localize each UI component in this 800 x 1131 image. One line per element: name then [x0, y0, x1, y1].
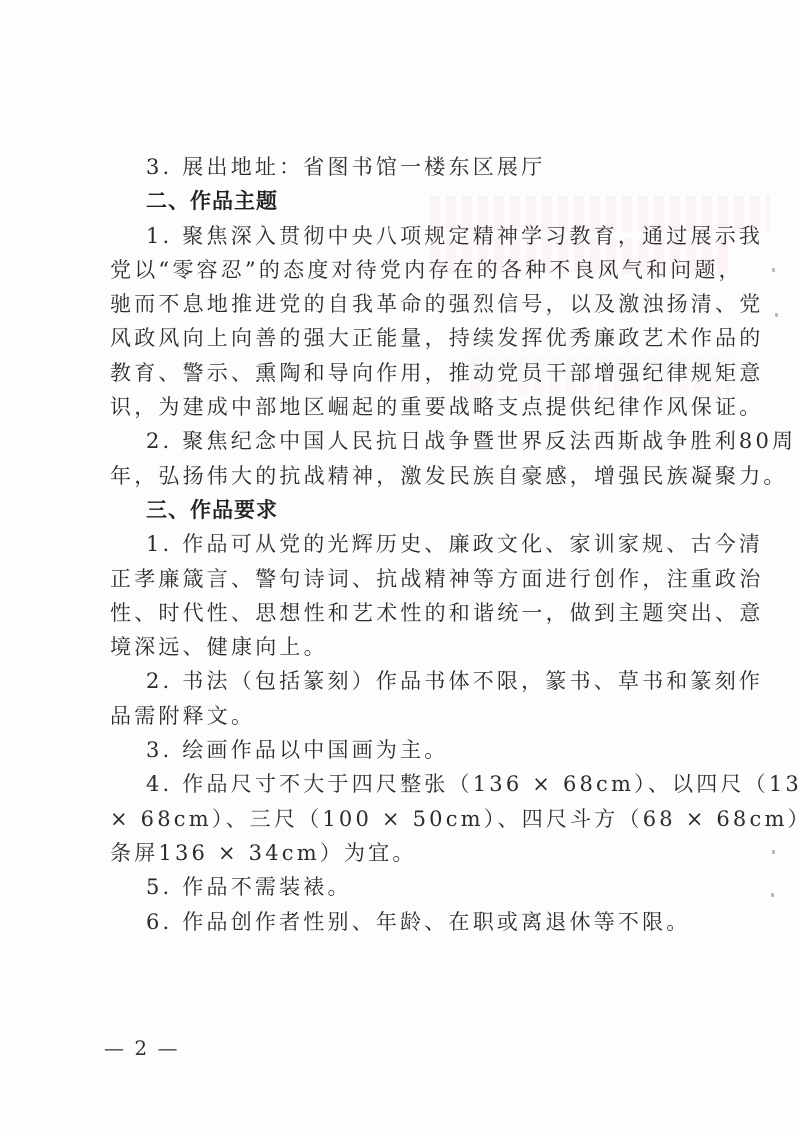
requirement-item-1-line: 性、时代性、思想性和艺术性的和谐统一，做到主题突出、意 — [110, 596, 700, 630]
theme-item-1-line: 驰而不息地推进党的自我革命的强烈信号，以及激浊扬清、党 — [110, 287, 700, 321]
section-heading-requirements: 三、作品要求 — [110, 493, 700, 527]
scan-speck — [772, 850, 775, 854]
requirement-item-2-line: 品需附释文。 — [110, 699, 700, 733]
section-heading-theme: 二、作品主题 — [110, 184, 700, 218]
theme-item-2-line: 2. 聚焦纪念中国人民抗日战争暨世界反法西斯战争胜利80周 — [110, 424, 700, 458]
scan-speck — [771, 893, 774, 897]
document-page: 3. 展出地址：省图书馆一楼东区展厅 二、作品主题 1. 聚焦深入贯彻中央八项规… — [0, 0, 800, 1131]
requirement-item-1-line: 1. 作品可从党的光辉历史、廉政文化、家训家规、古今清 — [110, 527, 700, 561]
requirement-item-1-line: 境深远、健康向上。 — [110, 630, 700, 664]
theme-item-1-line: 1. 聚焦深入贯彻中央八项规定精神学习教育，通过展示我 — [110, 219, 700, 253]
requirement-item-3-line: 3. 绘画作品以中国画为主。 — [110, 733, 700, 767]
theme-item-1-line: 党以“零容忍”的态度对待党内存在的各种不良风气和问题， — [110, 253, 700, 287]
scan-speck — [772, 268, 775, 272]
scan-speck — [775, 313, 778, 317]
page-number: — 2 — — [104, 1036, 179, 1060]
theme-item-1-line: 教育、警示、熏陶和导向作用，推动党员干部增强纪律规矩意 — [110, 356, 700, 390]
requirement-item-6-line: 6. 作品创作者性别、年龄、在职或离退休等不限。 — [110, 905, 700, 939]
requirement-item-4-line: 条屏136 × 34cm）为宜。 — [110, 836, 700, 870]
exhibition-address-line: 3. 展出地址：省图书馆一楼东区展厅 — [110, 150, 700, 184]
requirement-item-2-line: 2. 书法（包括篆刻）作品书体不限，篆书、草书和篆刻作 — [110, 664, 700, 698]
theme-item-1-line: 风政风向上向善的强大正能量，持续发挥优秀廉政艺术作品的 — [110, 321, 700, 355]
theme-item-1-line: 识，为建成中部地区崛起的重要战略支点提供纪律作风保证。 — [110, 390, 700, 424]
requirement-item-4-line: × 68cm）、三尺（100 × 50cm）、四尺斗方（68 × 68cm）、四… — [110, 802, 700, 836]
requirement-item-1-line: 正孝廉箴言、警句诗词、抗战精神等方面进行创作，注重政治 — [110, 562, 700, 596]
requirement-item-5-line: 5. 作品不需装裱。 — [110, 870, 700, 904]
requirement-item-4-line: 4. 作品尺寸不大于四尺整张（136 × 68cm）、以四尺（136 — [110, 767, 700, 801]
document-body: 3. 展出地址：省图书馆一楼东区展厅 二、作品主题 1. 聚焦深入贯彻中央八项规… — [110, 150, 700, 939]
theme-item-2-line: 年，弘扬伟大的抗战精神，激发民族自豪感，增强民族凝聚力。 — [110, 459, 700, 493]
